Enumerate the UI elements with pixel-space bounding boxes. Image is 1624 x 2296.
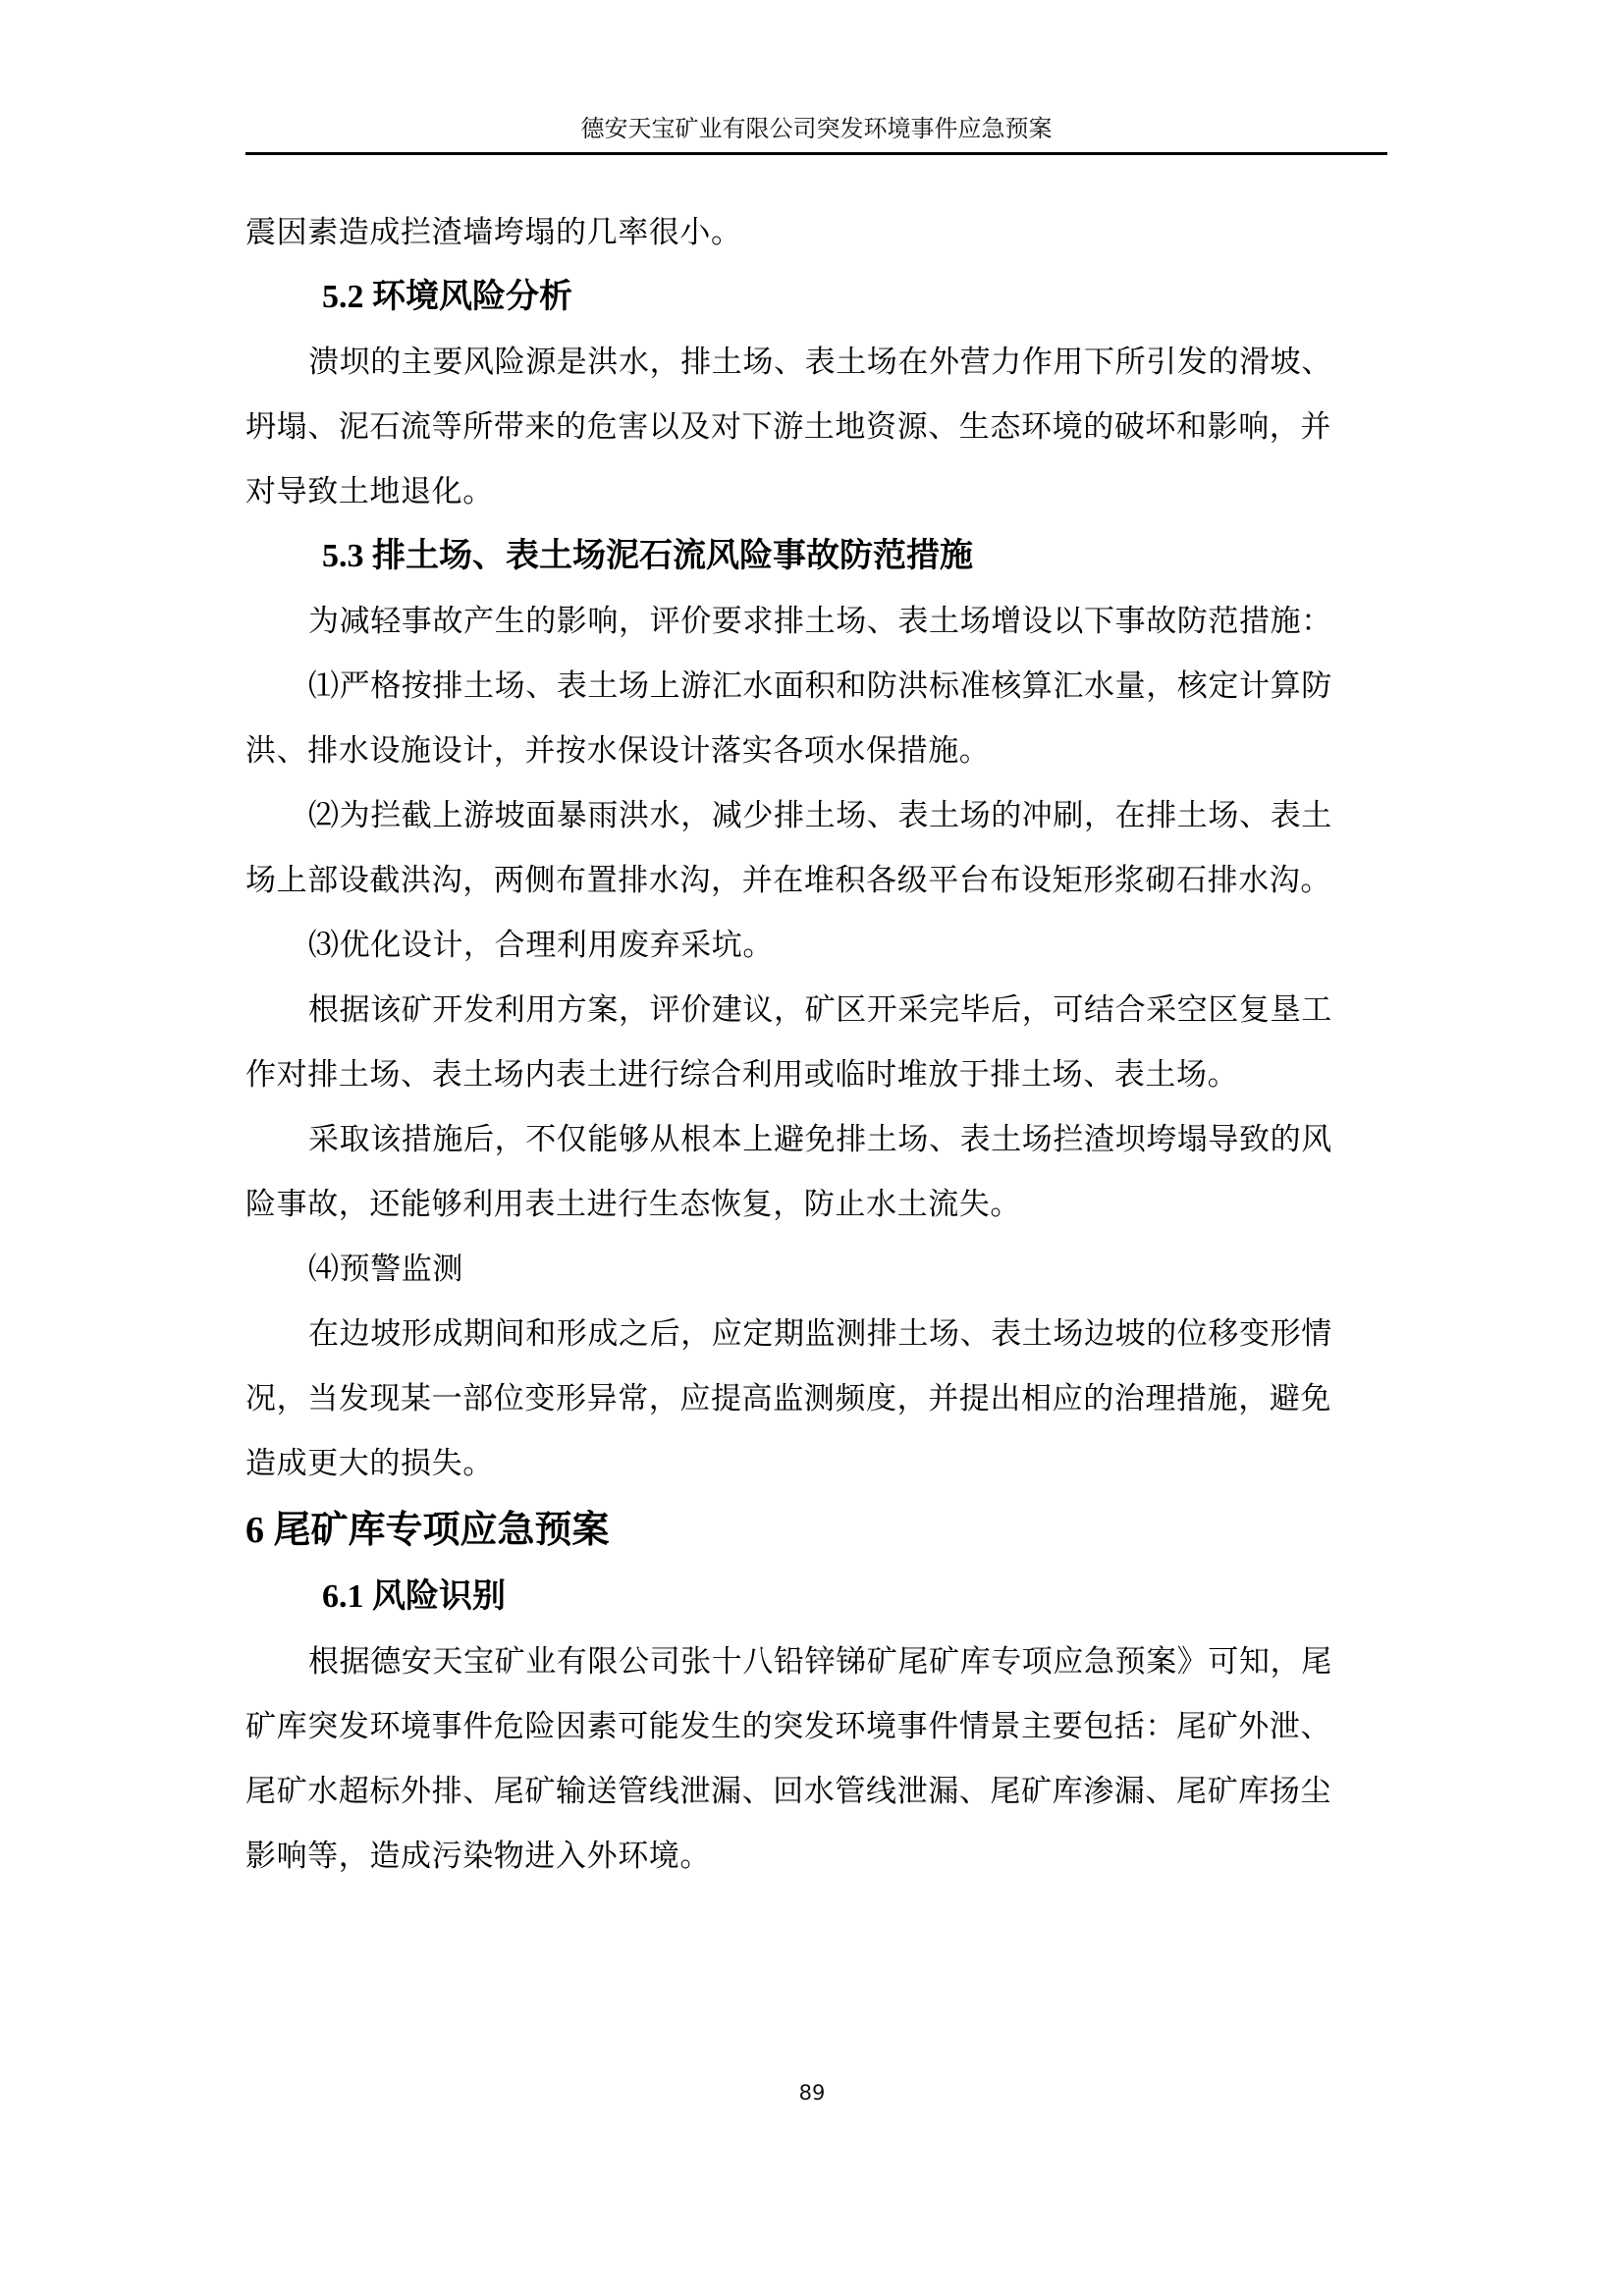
paragraph-line: 尾矿水超标外排、尾矿输送管线泄漏、回水管线泄漏、尾矿库渗漏、尾矿库扬尘 [245,1759,1387,1824]
paragraph-line: 溃坝的主要风险源是洪水，排土场、表土场在外营力作用下所引发的滑坡、 [245,330,1387,395]
page-body: 震因素造成拦渣墙垮塌的几率很小。 5.2 环境风险分析 溃坝的主要风险源是洪水，… [245,200,1387,1889]
paragraph-line: 坍塌、泥石流等所带来的危害以及对下游土地资源、生态环境的破坏和影响，并 [245,395,1387,459]
paragraph-line: 在边坡形成期间和形成之后，应定期监测排土场、表土场边坡的位移变形情 [245,1302,1387,1366]
list-item-4: ⑷预警监测 [245,1237,1387,1302]
paragraph-line: 险事故，还能够利用表土进行生态恢复，防止水土流失。 [245,1172,1387,1237]
paragraph-line: 造成更大的损失。 [245,1431,1387,1496]
paragraph-line: 矿库突发环境事件危险因素可能发生的突发环境事件情景主要包括：尾矿外泄、 [245,1694,1387,1759]
paragraph-line: 采取该措施后，不仅能够从根本上避免排土场、表土场拦渣坝垮塌导致的风 [245,1107,1387,1172]
chapter-heading-6: 6 尾矿库专项应急预案 [245,1496,1387,1565]
section-heading-5-3: 5.3 排土场、表土场泥石流风险事故防范措施 [245,524,1387,589]
paragraph-line: 根据该矿开发利用方案，评价建议，矿区开采完毕后，可结合采空区复垦工 [245,978,1387,1042]
running-header-title: 德安天宝矿业有限公司突发环境事件应急预案 [245,114,1387,143]
paragraph-line: 场上部设截洪沟，两侧布置排水沟，并在堆积各级平台布设矩形浆砌石排水沟。 [245,848,1387,913]
page-number: 89 [0,2081,1624,2105]
paragraph-line: 况，当发现某一部位变形异常，应提高监测频度，并提出相应的治理措施，避免 [245,1366,1387,1431]
paragraph-line: 作对排土场、表土场内表土进行综合利用或临时堆放于排土场、表土场。 [245,1042,1387,1107]
header-divider [245,152,1387,155]
list-item-2: ⑵为拦截上游坡面暴雨洪水，减少排土场、表土场的冲刷，在排土场、表土 [245,783,1387,848]
paragraph-line: 影响等，造成污染物进入外环境。 [245,1824,1387,1889]
paragraph-line: 为减轻事故产生的影响，评价要求排土场、表土场增设以下事故防范措施： [245,589,1387,654]
paragraph-line: 根据德安天宝矿业有限公司张十八铅锌锑矿尾矿库专项应急预案》可知，尾 [245,1629,1387,1694]
paragraph-line: 对导致土地退化。 [245,459,1387,524]
section-heading-6-1: 6.1 风险识别 [245,1565,1387,1629]
paragraph-line: 洪、排水设施设计，并按水保设计落实各项水保措施。 [245,719,1387,783]
list-item-3: ⑶优化设计，合理利用废弃采坑。 [245,913,1387,978]
section-heading-5-2: 5.2 环境风险分析 [245,265,1387,330]
list-item-1: ⑴严格按排土场、表土场上游汇水面积和防洪标准核算汇水量，核定计算防 [245,654,1387,719]
paragraph-line: 震因素造成拦渣墙垮塌的几率很小。 [245,200,1387,265]
